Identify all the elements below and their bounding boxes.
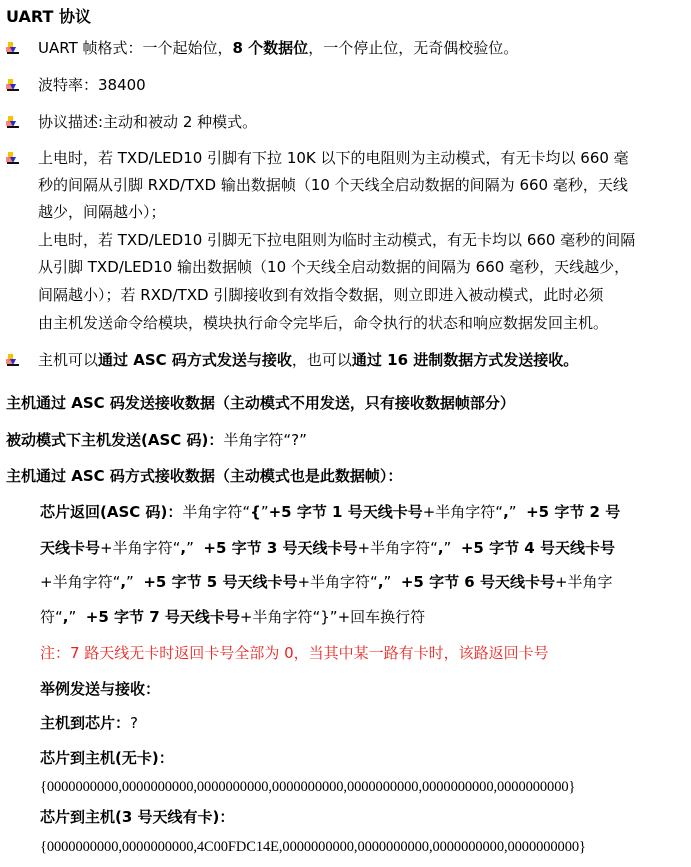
text-bold: +5 字节 6 号天线卡号 xyxy=(401,573,555,591)
chip-to-host-card3-label: 芯片到主机(3 号天线有卡)： xyxy=(40,807,234,827)
text-bold: +5 字节 2 号 xyxy=(526,503,620,521)
text-bold: +5 字节 7 号天线卡号 xyxy=(86,608,240,626)
text: ” xyxy=(261,503,269,521)
text-bold: +5 字节 3 号天线卡号 xyxy=(203,539,357,557)
text-bold: +5 字节 5 号天线卡号 xyxy=(143,573,297,591)
chip-return-line: 天线卡号+半角字符“,” +5 字节 3 号天线卡号+半角字符“,” +5 字节… xyxy=(40,538,615,558)
text-bold: 芯片返回(ASC 码)： xyxy=(40,503,182,521)
text: +半角字符“}”+回车换行符 xyxy=(240,608,425,626)
mode-line: 上电时，若 TXD/LED10 引脚有下拉 10K 以下的电阻则为主动模式，有无… xyxy=(38,148,629,168)
text: 半角字符“ xyxy=(182,503,250,521)
chip-to-host-nocard-value: {0000000000,0000000000,0000000000,000000… xyxy=(40,777,575,797)
text: +半角字符“ xyxy=(358,539,438,557)
text-bold: +5 字节 1 号天线卡号 xyxy=(269,503,423,521)
value: ? xyxy=(130,714,138,732)
bullet-arrow-icon xyxy=(6,150,20,166)
chip-return-line: +半角字符“,” +5 字节 5 号天线卡号+半角字符“,” +5 字节 6 号… xyxy=(40,572,613,592)
text: ” xyxy=(186,539,203,557)
text: +半角字符“ xyxy=(40,573,120,591)
text: ” xyxy=(384,573,401,591)
text: 主机可以 xyxy=(38,351,98,369)
text-bold: 通过 ASC 码方式发送与接收 xyxy=(98,351,292,369)
mode-line: 越少，间隔越小）； xyxy=(38,202,166,222)
note: 注：7 路天线无卡时返回卡号全部为 0，当其中某一路有卡时，该路返回卡号 xyxy=(40,643,549,663)
passive-send: 被动模式下主机发送(ASC 码)：半角字符“?” xyxy=(6,430,307,450)
chip-return-line: 芯片返回(ASC 码)：半角字符“{”+5 字节 1 号天线卡号+半角字符“,”… xyxy=(40,502,620,522)
text: UART 帧格式：一个起始位， xyxy=(38,39,233,57)
mode-line: 由主机发送命令给模块，模块执行命令完毕后，命令执行的状态和响应数据发回主机。 xyxy=(38,313,608,333)
text: ” xyxy=(126,573,143,591)
text: +半角字 xyxy=(555,573,613,591)
section-heading: 主机通过 ASC 码发送接收数据（主动模式不用发送，只有接收数据帧部分） xyxy=(6,393,515,413)
text-bold: 天线卡号 xyxy=(40,539,100,557)
chip-to-host-nocard-label: 芯片到主机(无卡)： xyxy=(40,748,174,768)
bullet-arrow-icon xyxy=(6,77,20,93)
bullet-baud-rate: 波特率：38400 xyxy=(38,75,146,95)
text: ” xyxy=(444,539,461,557)
bullet-arrow-icon xyxy=(6,40,20,56)
text: 符“ xyxy=(40,608,63,626)
page-title: UART 协议 xyxy=(6,4,91,27)
chip-to-host-card3-value: {0000000000,0000000000,4C00FDC14E,000000… xyxy=(40,837,586,857)
example-heading: 举例发送与接收： xyxy=(40,679,160,699)
receive-heading: 主机通过 ASC 码方式接收数据（主动模式也是此数据帧）： xyxy=(6,466,402,486)
bullet-arrow-icon xyxy=(6,352,20,368)
text-bold: 8 个数据位 xyxy=(233,39,309,57)
text-bold: 通过 16 进制数据方式发送接收。 xyxy=(352,351,578,369)
text: ，也可以 xyxy=(292,351,352,369)
text-bold: { xyxy=(250,503,261,521)
bullet-frame-format: UART 帧格式：一个起始位，8 个数据位，一个停止位，无奇偶校验位。 xyxy=(38,38,518,58)
text: ，一个停止位，无奇偶校验位。 xyxy=(308,39,518,57)
text: +半角字符“ xyxy=(100,539,180,557)
mode-line: 秒的间隔从引脚 RXD/TXD 输出数据帧（10 个天线全启动数据的间隔为 66… xyxy=(38,175,628,195)
text: +半角字符“ xyxy=(423,503,503,521)
bullet-arrow-icon xyxy=(6,114,20,130)
label: 被动模式下主机发送(ASC 码)： xyxy=(6,431,223,449)
mode-line: 从引脚 TXD/LED10 输出数据帧（10 个天线全启动数据的间隔为 660 … xyxy=(38,257,629,277)
mode-line: 上电时，若 TXD/LED10 引脚无下拉电阻则为临时主动模式，有无卡均以 66… xyxy=(38,230,635,250)
value: 半角字符“?” xyxy=(223,431,307,449)
mode-line: 间隔越小）；若 RXD/TXD 引脚接收到有效指令数据，则立即进入被动模式，此时… xyxy=(38,285,603,305)
text: +半角字符“ xyxy=(297,573,377,591)
label: 主机到芯片： xyxy=(40,714,130,732)
text-bold: +5 字节 4 号天线卡号 xyxy=(461,539,615,557)
chip-return-line: 符“,” +5 字节 7 号天线卡号+半角字符“}”+回车换行符 xyxy=(40,607,425,627)
bullet-transfer-modes: 主机可以通过 ASC 码方式发送与接收，也可以通过 16 进制数据方式发送接收。 xyxy=(38,350,578,370)
bullet-protocol-desc: 协议描述:主动和被动 2 种模式。 xyxy=(38,112,257,132)
host-to-chip: 主机到芯片：? xyxy=(40,713,138,733)
text: ” xyxy=(68,608,85,626)
text: ” xyxy=(509,503,526,521)
